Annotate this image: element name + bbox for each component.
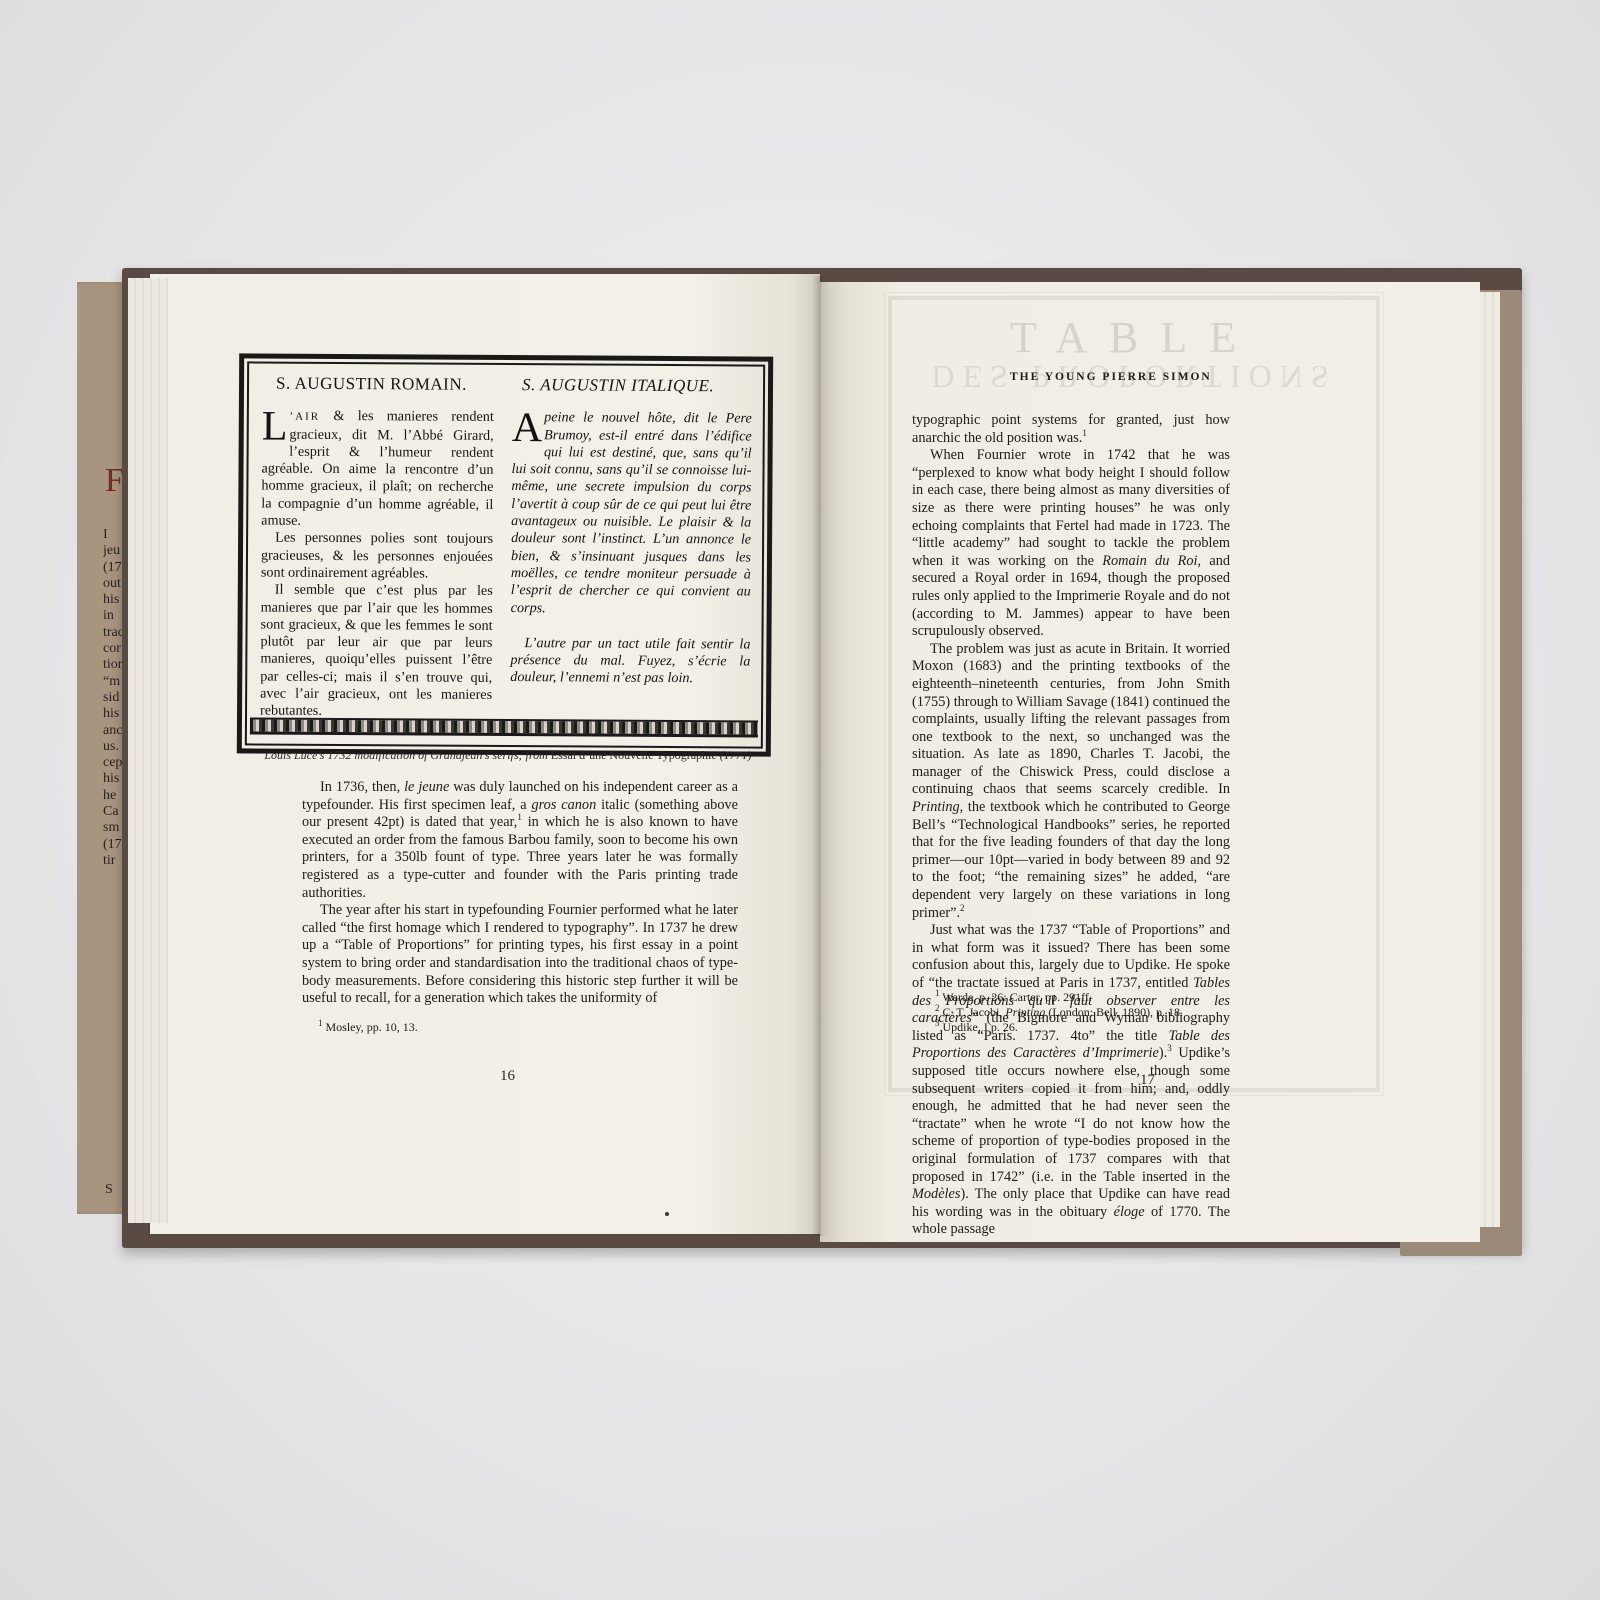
specimen-italic-heading: S. AUGUSTIN ITALIQUE.	[522, 376, 752, 395]
specimen-roman-column: S. AUGUSTIN ROMAIN. L’AIR & les manieres…	[260, 375, 494, 722]
left-footnotes: 1 Mosley, pp. 10, 13.	[318, 1020, 618, 1035]
left-page-body: In 1736, then, le jeune was duly launche…	[302, 779, 738, 1008]
right-paragraph-2: When Fournier wrote in 1742 that he was …	[912, 447, 1230, 641]
type-specimen-frame: S. AUGUSTIN ROMAIN. L’AIR & les manieres…	[237, 353, 773, 756]
left-page-stack	[128, 278, 168, 1223]
left-paragraph-2: The year after his start in typefounding…	[302, 902, 738, 1008]
specimen-roman-para-1: L’AIR & les manieres rendent gracieux, d…	[261, 408, 494, 531]
specimen-italic-para-2: L’autre par un tact utile fait sentir la…	[510, 635, 750, 688]
specimen-roman-heading: S. AUGUSTIN ROMAIN.	[276, 375, 494, 394]
right-paragraph-1: typographic point systems for granted, j…	[912, 412, 1230, 447]
jacket-bottom-letter: S	[105, 1182, 113, 1198]
page-number-left: 16	[500, 1068, 515, 1085]
figure-caption: Louis Luce’s 1732 modification of Grandj…	[248, 747, 768, 763]
dropcap-A: A	[512, 411, 543, 445]
left-paragraph-1: In 1736, then, le jeune was duly launche…	[302, 779, 738, 902]
footnote-3: 3 Updike, I p. 26.	[935, 1020, 1245, 1035]
right-paragraph-3: The problem was just as acute in Britain…	[912, 641, 1230, 923]
book-gutter	[812, 276, 830, 1236]
right-page-body: typographic point systems for granted, j…	[912, 412, 1230, 1239]
page-number-right: 17	[1140, 1072, 1155, 1089]
footnote-2: 2 C. T. Jacobi, Printing (London: Bell, …	[935, 1005, 1245, 1020]
specimen-italic-column: S. AUGUSTIN ITALIQUE. A peine le nouvel …	[510, 376, 752, 688]
running-head: THE YOUNG PIERRE SIMON	[1010, 371, 1212, 383]
specimen-italic-para-1: A peine le nouvel hôte, dit le Pere Brum…	[511, 409, 752, 618]
show-through-title: TABLE	[892, 312, 1376, 363]
dropcap-L: L	[262, 410, 288, 444]
ornamental-border	[250, 717, 758, 737]
right-footnotes: 1 Warde, p. 26: Carter, pp. 291ff. 2 C. …	[935, 990, 1245, 1035]
specimen-roman-para-2: Les personnes polies sont toujours graci…	[261, 530, 493, 583]
footnote-1: 1 Warde, p. 26: Carter, pp. 291ff.	[935, 990, 1245, 1005]
footnote-1: 1 Mosley, pp. 10, 13.	[318, 1020, 618, 1035]
right-paragraph-4: Just what was the 1737 “Table of Proport…	[912, 922, 1230, 1239]
specimen-roman-para-3: Il semble que c’est plus par les maniere…	[260, 582, 493, 722]
headband-mark	[665, 1212, 669, 1216]
